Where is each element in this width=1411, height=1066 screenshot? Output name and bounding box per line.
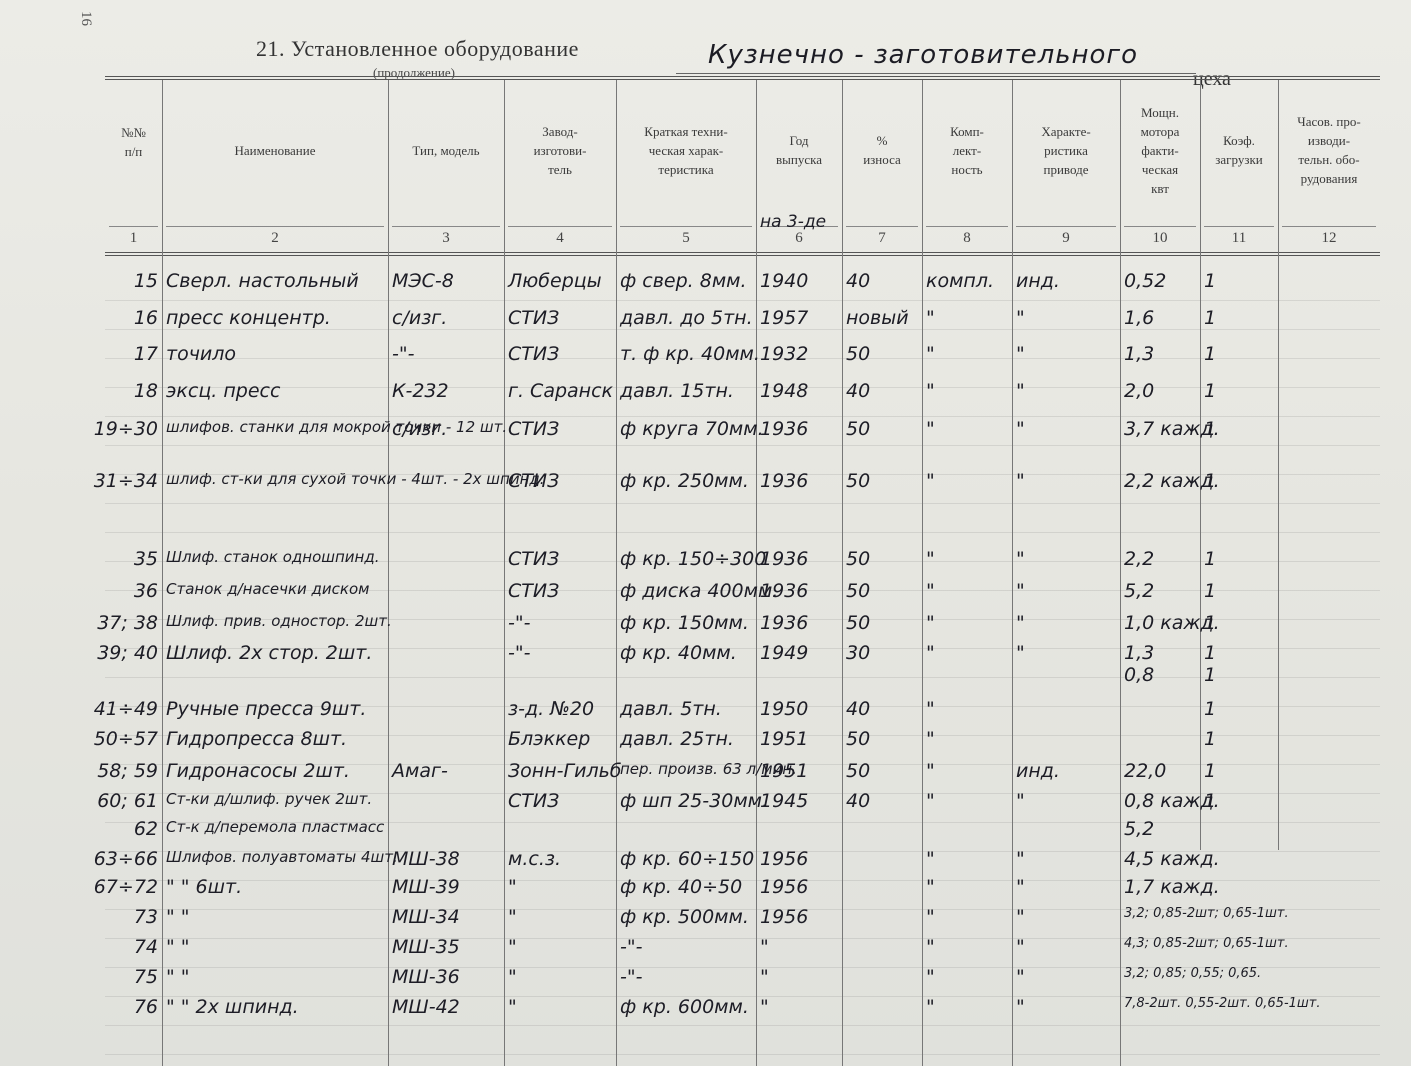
cell-year: 1936	[760, 612, 808, 634]
cell-no: 62	[134, 818, 158, 840]
cell-maker: Люберцы	[508, 270, 602, 292]
cell-wear: 50	[846, 470, 870, 492]
cell-complete: "	[926, 470, 935, 492]
cell-maker: СТИЗ	[508, 548, 559, 570]
cell-load: 1	[1204, 470, 1216, 492]
cell-drive: "	[1016, 996, 1025, 1018]
cell-drive: "	[1016, 548, 1025, 570]
cell-load: 1	[1204, 380, 1216, 402]
cell-power: 4,5 кажд.	[1124, 848, 1220, 870]
column-divider	[1120, 80, 1121, 1066]
cell-year: 1949	[760, 642, 808, 664]
cell-drive: "	[1016, 876, 1025, 898]
cell-year: 1951	[760, 760, 808, 782]
ruled-line	[105, 677, 1380, 678]
cell-year: 1950	[760, 698, 808, 720]
document-page: 16 21. Установленное оборудование (продо…	[0, 0, 1411, 1066]
cell-complete: "	[926, 418, 935, 440]
cell-load: 1	[1204, 307, 1216, 329]
cell-load: 1	[1204, 760, 1216, 782]
column-header-6: Годвыпуска	[756, 131, 842, 169]
column-header-3: Тип, модель	[388, 141, 504, 160]
cell-no: 18	[134, 380, 158, 402]
cell-year: 1951	[760, 728, 808, 750]
cell-no: 63÷66	[94, 848, 158, 870]
cell-maker: г. Саранск	[508, 380, 613, 402]
cell-complete: "	[926, 936, 935, 958]
cell-power: 1,6	[1124, 307, 1154, 329]
cell-spec: -"-	[620, 966, 642, 988]
column-header-underline	[846, 226, 918, 227]
column-divider	[162, 80, 163, 1066]
column-header-9: Характе-ристикаприводе	[1012, 122, 1120, 179]
cell-spec: давл. 15тн.	[620, 380, 734, 402]
cell-year: 1936	[760, 418, 808, 440]
column-header-2: Наименование	[162, 141, 388, 160]
cell-model: Амаг-	[392, 760, 448, 782]
cell-complete: "	[926, 906, 935, 928]
cell-no: 60; 61	[97, 790, 158, 812]
cell-spec: ф кр. 500мм.	[620, 906, 749, 928]
cell-load: 1	[1204, 642, 1216, 664]
cell-load: 1	[1204, 698, 1216, 720]
cell-drive: "	[1016, 343, 1025, 365]
cell-drive: инд.	[1016, 270, 1060, 292]
cell-wear: 30	[846, 642, 870, 664]
cell-complete: "	[926, 380, 935, 402]
cell-year: 1932	[760, 343, 808, 365]
cell-year: 1936	[760, 548, 808, 570]
cell-name: Сверл. настольный	[166, 270, 359, 292]
cell-power: 22,0	[1124, 760, 1166, 782]
cell-power: 1,3	[1124, 343, 1154, 365]
column-number-4: 4	[504, 230, 616, 247]
ruled-line	[105, 1025, 1380, 1026]
cell-no: 17	[134, 343, 158, 365]
cell-complete: "	[926, 848, 935, 870]
cell-wear: 50	[846, 760, 870, 782]
cell-maker: "	[508, 996, 517, 1018]
column-number-6: 6	[756, 230, 842, 247]
cell-wear: 40	[846, 380, 870, 402]
cell-name: Гидронасосы 2шт.	[166, 760, 350, 782]
cell-no: 19÷30	[94, 418, 158, 440]
cell-spec: ф кр. 150÷300	[620, 548, 766, 570]
cell-name: точило	[166, 343, 236, 365]
cell-spec: давл. до 5тн.	[620, 307, 753, 329]
cell-maker: м.с.з.	[508, 848, 561, 870]
ruled-line	[105, 532, 1380, 533]
column-header-4: Завод-изготови-тель	[504, 122, 616, 179]
cell-no: 16	[134, 307, 158, 329]
cell-drive: "	[1016, 966, 1025, 988]
column-divider	[1012, 80, 1013, 1066]
cell-spec: ф кр. 40мм.	[620, 642, 737, 664]
column-header-underline	[1204, 226, 1274, 227]
cell-complete: "	[926, 966, 935, 988]
cell-year: 1956	[760, 906, 808, 928]
ruled-line	[105, 300, 1380, 301]
cell-model: МШ-39	[392, 876, 460, 898]
cell-spec: ф кр. 600мм.	[620, 996, 749, 1018]
ruled-line	[105, 387, 1380, 388]
cell-no: 15	[134, 270, 158, 292]
cell-maker: "	[508, 966, 517, 988]
cell-power: 4,3; 0,85-2шт; 0,65-1шт.	[1124, 936, 1289, 951]
cell-no: 67÷72	[94, 876, 158, 898]
cell-name: Ст-ки д/шлиф. ручек 2шт.	[166, 790, 372, 808]
column-header-underline	[1016, 226, 1116, 227]
table-header-bottom-rule	[105, 252, 1380, 256]
cell-year: 1956	[760, 848, 808, 870]
cell-spec: ф шп 25-30мм.	[620, 790, 768, 812]
ruled-line	[105, 445, 1380, 446]
column-divider	[504, 80, 505, 1066]
cell-name: " "	[166, 966, 190, 988]
cell-load: 1	[1204, 612, 1216, 634]
cell-model: К-232	[392, 380, 449, 402]
column-number-3: 3	[388, 230, 504, 247]
cell-wear: 50	[846, 548, 870, 570]
cell-load: 1	[1204, 418, 1216, 440]
column-header-11: Коэф.загрузки	[1200, 131, 1278, 169]
cell-spec: ф диска 400мм.	[620, 580, 778, 602]
cell-year: 1945	[760, 790, 808, 812]
cell-drive: "	[1016, 307, 1025, 329]
column-number-11: 11	[1200, 230, 1278, 247]
cell-drive: "	[1016, 470, 1025, 492]
cell-maker: -"-	[508, 642, 530, 664]
cell-load: 1	[1204, 548, 1216, 570]
cell-year: 1936	[760, 580, 808, 602]
cell-year: "	[760, 936, 769, 958]
shop-name-handwritten: Кузнечно - заготовительного	[708, 40, 1138, 70]
cell-drive: "	[1016, 642, 1025, 664]
cell-complete: "	[926, 580, 935, 602]
cell-power: 0,52	[1124, 270, 1166, 292]
cell-year: 1940	[760, 270, 808, 292]
cell-year: "	[760, 996, 769, 1018]
cell-complete: "	[926, 876, 935, 898]
cell-load: 1	[1204, 343, 1216, 365]
ruled-line	[105, 503, 1380, 504]
cell-drive: "	[1016, 848, 1025, 870]
cell-spec: давл. 5тн.	[620, 698, 722, 720]
cell-power: 0,8	[1124, 664, 1154, 686]
cell-wear: новый	[846, 307, 909, 329]
cell-wear: 40	[846, 790, 870, 812]
ruled-line	[105, 416, 1380, 417]
column-header-8: Комп-лект-ность	[922, 122, 1012, 179]
cell-maker: Блэккер	[508, 728, 590, 750]
column-number-2: 2	[162, 230, 388, 247]
cell-no: 75	[134, 966, 158, 988]
cell-drive: "	[1016, 790, 1025, 812]
cell-spec: ф свер. 8мм.	[620, 270, 747, 292]
cell-drive: "	[1016, 936, 1025, 958]
column-header-1: №№п/п	[105, 123, 162, 161]
shop-name-underline	[676, 73, 1196, 74]
column-number-1: 1	[105, 230, 162, 247]
ruled-line	[105, 1054, 1380, 1055]
cell-complete: "	[926, 698, 935, 720]
cell-power: 1,7 кажд.	[1124, 876, 1220, 898]
cell-maker: СТИЗ	[508, 580, 559, 602]
page-title: 21. Установленное оборудование	[256, 36, 579, 62]
cell-power: 2,2	[1124, 548, 1154, 570]
cell-complete: "	[926, 548, 935, 570]
cell-maker: СТИЗ	[508, 307, 559, 329]
cell-name: Ручные пресса 9шт.	[166, 698, 366, 720]
cell-wear: 40	[846, 698, 870, 720]
cell-model: МШ-34	[392, 906, 460, 928]
cell-drive: "	[1016, 580, 1025, 602]
cell-name: шлиф. ст-ки для сухой точки - 4шт. - 2х …	[166, 470, 545, 488]
cell-complete: "	[926, 760, 935, 782]
cell-no: 31÷34	[94, 470, 158, 492]
table-top-rule	[105, 76, 1380, 80]
cell-maker: СТИЗ	[508, 790, 559, 812]
cell-drive: "	[1016, 418, 1025, 440]
cell-no: 74	[134, 936, 158, 958]
cell-model: МЭС-8	[392, 270, 454, 292]
cell-power: 2,0	[1124, 380, 1154, 402]
column-header-underline	[926, 226, 1008, 227]
cell-year: "	[760, 966, 769, 988]
cell-complete: "	[926, 642, 935, 664]
cell-maker: СТИЗ	[508, 418, 559, 440]
cell-maker: СТИЗ	[508, 343, 559, 365]
cell-year: 1948	[760, 380, 808, 402]
cell-complete: "	[926, 728, 935, 750]
cell-year: 1957	[760, 307, 808, 329]
cell-name: " "	[166, 936, 190, 958]
cell-power: 1,3	[1124, 642, 1154, 664]
column-header-underline	[620, 226, 752, 227]
cell-wear: 40	[846, 270, 870, 292]
cell-maker: -"-	[508, 612, 530, 634]
cell-no: 58; 59	[97, 760, 158, 782]
cell-complete: "	[926, 790, 935, 812]
column-number-12: 12	[1278, 230, 1380, 247]
cell-complete: "	[926, 612, 935, 634]
cell-spec: т. ф кр. 40мм.	[620, 343, 760, 365]
cell-load: 1	[1204, 270, 1216, 292]
cell-name: Ст-к д/перемола пластмасс	[166, 818, 384, 836]
column-number-5: 5	[616, 230, 756, 247]
cell-wear: 50	[846, 418, 870, 440]
cell-no: 39; 40	[97, 642, 158, 664]
cell-model: -"-	[392, 343, 414, 365]
cell-name: Гидропресса 8шт.	[166, 728, 347, 750]
cell-no: 35	[134, 548, 158, 570]
cell-wear: 50	[846, 612, 870, 634]
cell-complete: "	[926, 307, 935, 329]
cell-model: с/изг.	[392, 418, 447, 440]
column-header-5: Краткая техни-ческая харак-теристика	[616, 122, 756, 179]
cell-no: 50÷57	[94, 728, 158, 750]
cell-no: 37; 38	[97, 612, 158, 634]
column-divider	[616, 80, 617, 1066]
cell-spec: -"-	[620, 936, 642, 958]
cell-model: МШ-38	[392, 848, 460, 870]
cell-power: 7,8-2шт. 0,55-2шт. 0,65-1шт.	[1124, 996, 1321, 1011]
column-header-underline	[1282, 226, 1376, 227]
cell-maker: СТИЗ	[508, 470, 559, 492]
cell-name: шлифов. станки для мокрой точки - 12 шт.	[166, 418, 507, 436]
column-divider	[922, 80, 923, 1066]
cell-wear: 50	[846, 343, 870, 365]
cell-drive: "	[1016, 906, 1025, 928]
cell-maker: "	[508, 906, 517, 928]
cell-name: пресс концентр.	[166, 307, 331, 329]
cell-name: Шлиф. 2х стор. 2шт.	[166, 642, 372, 664]
column-header-10: Мощн.моторафакти-ческаяквт	[1120, 103, 1200, 198]
cell-spec: давл. 25тн.	[620, 728, 734, 750]
cell-load: 1	[1204, 790, 1216, 812]
cell-load: 1	[1204, 728, 1216, 750]
column-header-underline	[166, 226, 384, 227]
cell-maker: "	[508, 876, 517, 898]
year-note-handwritten: на 3-де	[760, 212, 826, 232]
cell-name: " "	[166, 906, 190, 928]
cell-wear: 50	[846, 580, 870, 602]
cell-maker: "	[508, 936, 517, 958]
column-header-7: %износа	[842, 131, 922, 169]
cell-name: Шлиф. прив. одностор. 2шт.	[166, 612, 392, 630]
cell-complete: "	[926, 996, 935, 1018]
column-header-underline	[109, 226, 158, 227]
cell-drive: "	[1016, 612, 1025, 634]
column-divider	[756, 80, 757, 1066]
cell-no: 41÷49	[94, 698, 158, 720]
cell-model: с/изг.	[392, 307, 447, 329]
cell-model: МШ-42	[392, 996, 460, 1018]
cell-maker: з-д. №20	[508, 698, 594, 720]
cell-name: Шлифов. полуавтоматы 4шт.	[166, 848, 398, 866]
cell-name: эксц. пресс	[166, 380, 280, 402]
cell-year: 1956	[760, 876, 808, 898]
column-divider	[388, 80, 389, 1066]
cell-no: 76	[134, 996, 158, 1018]
cell-wear: 50	[846, 728, 870, 750]
ruled-line	[105, 329, 1380, 330]
column-divider	[842, 80, 843, 1066]
cell-spec: ф круга 70мм.	[620, 418, 764, 440]
cell-name: " " 2х шпинд.	[166, 996, 299, 1018]
cell-year: 1936	[760, 470, 808, 492]
cell-no: 73	[134, 906, 158, 928]
cell-load: 1	[1204, 664, 1216, 686]
cell-spec: ф кр. 40÷50	[620, 876, 742, 898]
cell-load: 1	[1204, 580, 1216, 602]
column-number-9: 9	[1012, 230, 1120, 247]
cell-drive: "	[1016, 380, 1025, 402]
column-header-underline	[1124, 226, 1196, 227]
column-header-12: Часов. про-изводи-тельн. обо-рудования	[1278, 112, 1380, 188]
cell-maker: Зонн-Гильб	[508, 760, 622, 782]
cell-model: МШ-36	[392, 966, 460, 988]
column-number-10: 10	[1120, 230, 1200, 247]
cell-name: Станок д/насечки диском	[166, 580, 369, 598]
cell-power: 3,2; 0,85-2шт; 0,65-1шт.	[1124, 906, 1289, 921]
cell-no: 36	[134, 580, 158, 602]
cell-complete: "	[926, 343, 935, 365]
cell-power: 3,2; 0,85; 0,55; 0,65.	[1124, 966, 1261, 981]
cell-spec: ф кр. 250мм.	[620, 470, 749, 492]
cell-drive: инд.	[1016, 760, 1060, 782]
cell-spec: ф кр. 60÷150	[620, 848, 754, 870]
page-number: 16	[77, 11, 94, 26]
cell-complete: компл.	[926, 270, 994, 292]
column-header-underline	[392, 226, 500, 227]
cell-power: 5,2	[1124, 818, 1154, 840]
cell-model: МШ-35	[392, 936, 460, 958]
cell-name: " " 6шт.	[166, 876, 242, 898]
cell-name: Шлиф. станок одношпинд.	[166, 548, 380, 566]
cell-spec: ф кр. 150мм.	[620, 612, 749, 634]
column-number-8: 8	[922, 230, 1012, 247]
column-number-7: 7	[842, 230, 922, 247]
cell-power: 5,2	[1124, 580, 1154, 602]
column-header-underline	[508, 226, 612, 227]
